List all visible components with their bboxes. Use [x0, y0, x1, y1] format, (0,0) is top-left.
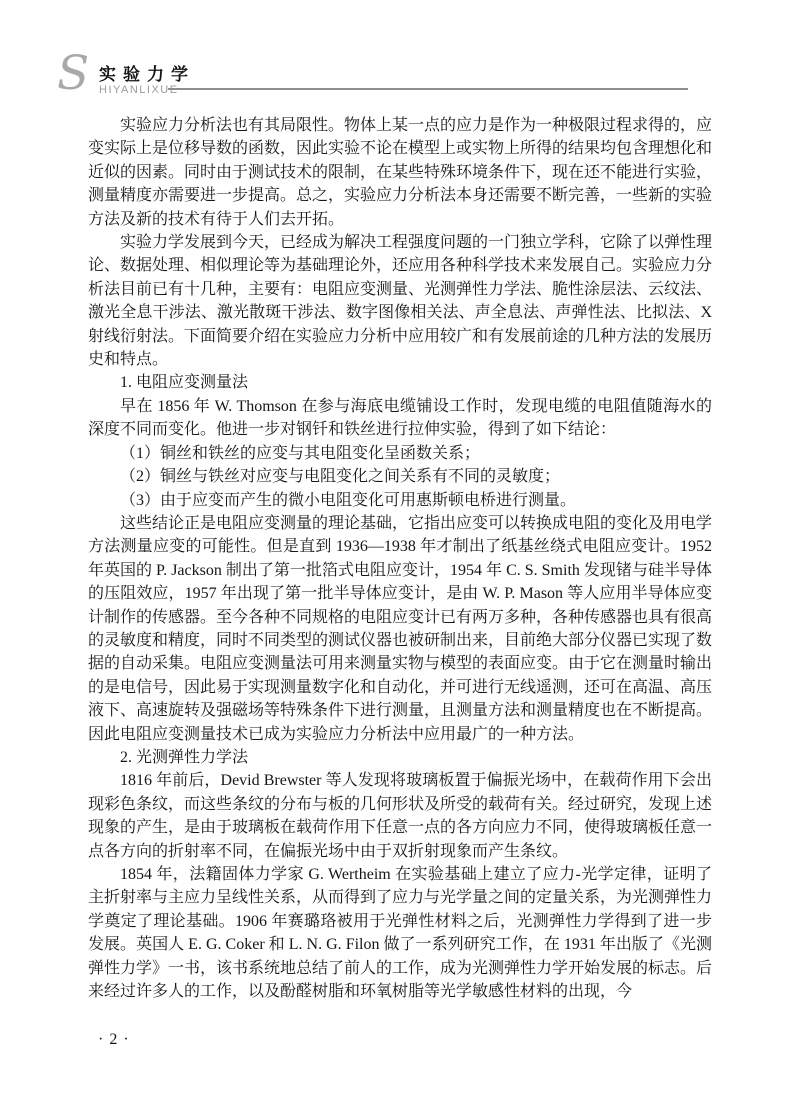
series-title-chinese: 实验力学	[99, 60, 195, 85]
page-header: S 实验力学 HIYANLIXUE	[0, 0, 800, 110]
book-page: { "header": { "logo_letter": "S", "title…	[0, 0, 800, 1115]
conclusion-item-3: （3）由于应变而产生的微小电阻变化可用惠斯顿电桥进行测量。	[88, 489, 712, 512]
page-number: · 2 ·	[98, 1031, 130, 1049]
paragraph-limitations: 实验应力分析法也有其局限性。物体上某一点的应力是作为一种极限过程求得的，应变实际…	[88, 114, 712, 231]
paragraph-strain-gauge-history: 这些结论正是电阻应变测量的理论基础，它指出应变可以转换成电阻的变化及用电学方法测…	[88, 512, 712, 746]
section-heading-photoelasticity: 2. 光测弹性力学法	[88, 746, 712, 769]
series-title-pinyin: HIYANLIXUE	[99, 84, 179, 96]
paragraph-brewster: 1816 年前后，Devid Brewster 等人发现将玻璃板置于偏振光场中，…	[88, 769, 712, 863]
header-rule-line	[168, 88, 688, 90]
series-logo-s-glyph: S	[57, 50, 89, 97]
page-body-text: 实验应力分析法也有其局限性。物体上某一点的应力是作为一种极限过程求得的，应变实际…	[88, 114, 712, 1003]
conclusion-item-2: （2）铜丝与铁丝对应变与电阻变化之间关系有不同的灵敏度；	[88, 465, 712, 488]
section-heading-resistance-strain: 1. 电阻应变测量法	[88, 371, 712, 394]
paragraph-wertheim: 1854 年，法籍固体力学家 G. Wertheim 在实验基础上建立了应力-光…	[88, 863, 712, 1003]
paragraph-development: 实验力学发展到今天，已经成为解决工程强度问题的一门独立学科，它除了以弹性理论、数…	[88, 231, 712, 371]
paragraph-thomson: 早在 1856 年 W. Thomson 在参与海底电缆铺设工作时，发现电缆的电…	[88, 395, 712, 442]
conclusion-item-1: （1）铜丝和铁丝的应变与其电阻变化呈函数关系；	[88, 442, 712, 465]
